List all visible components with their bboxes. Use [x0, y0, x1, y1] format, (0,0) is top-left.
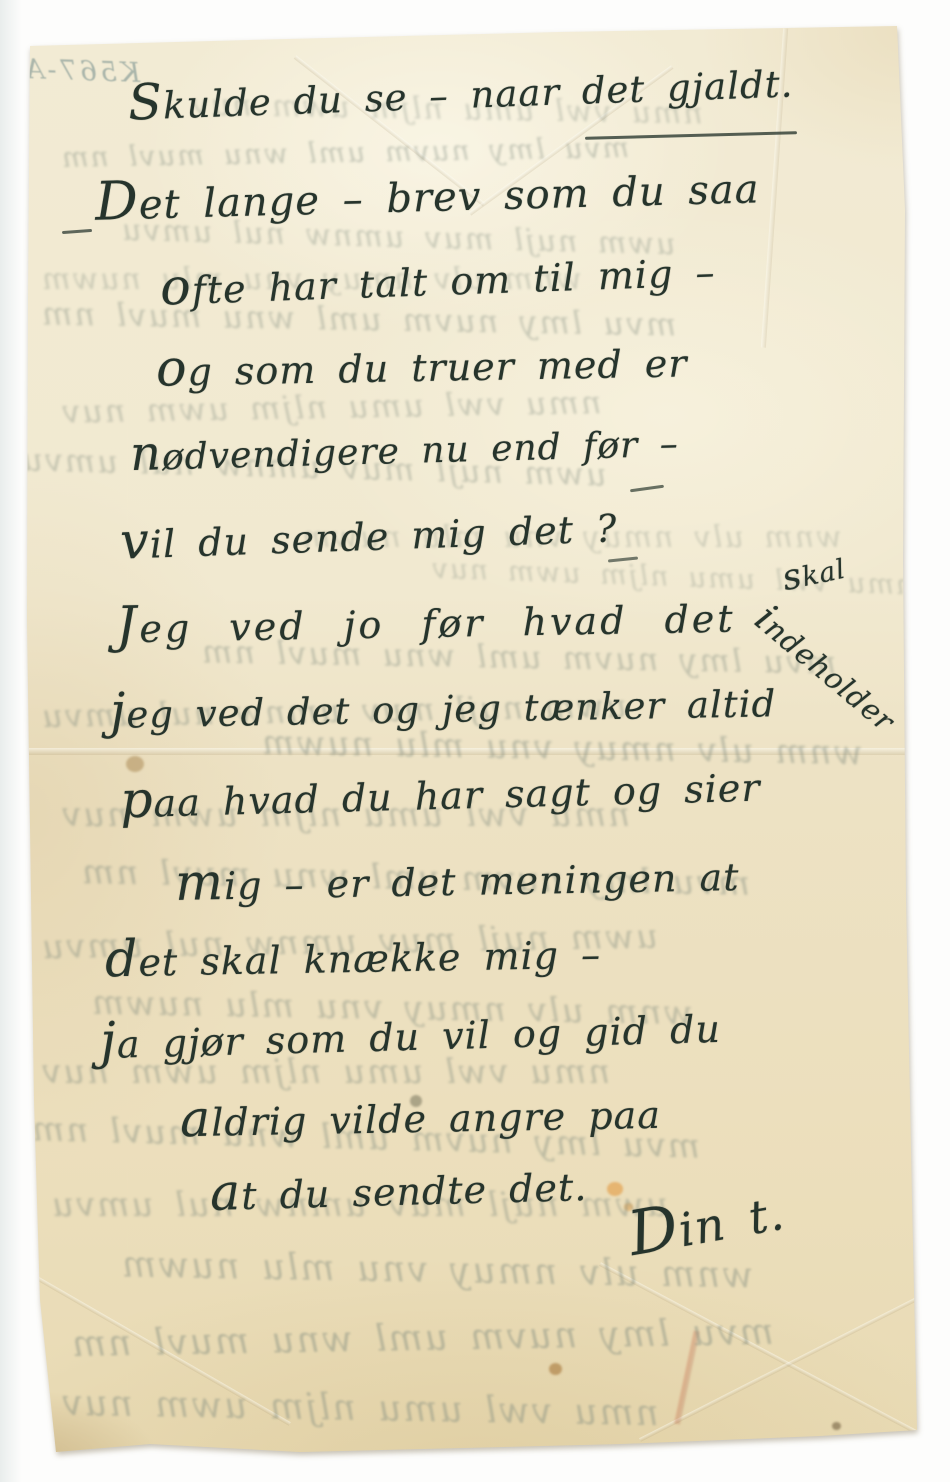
pen-dash-stroke [62, 229, 92, 234]
letter-paper: nmu vwl umu nljm uwm nuv mvu lmy nuvm um… [0, 0, 950, 1482]
ink-bleedthrough-line: nmu vwl umu nljm uwm nuv [60, 1383, 659, 1434]
ink-bleedthrough-line: mvu lmy nuvm uml wnu muvl nm [70, 1312, 774, 1365]
handwritten-line-14: at du sendte det. [209, 1153, 588, 1222]
handwritten-line-10: mig – er det meningen at [175, 843, 740, 912]
handwritten-line-9: paa hvad du har sagt og sier [119, 754, 761, 830]
handwritten-line-11: det skal knække mig – [105, 921, 602, 989]
pen-dash-stroke [630, 485, 664, 493]
handwritten-line-4: og som du truer med er [156, 329, 688, 397]
scanned-letter: nmu vwl umu nljm uwm nuv mvu lmy nuvm um… [0, 0, 950, 1482]
handwritten-line-8: jeg ved det og jeg tænker altid [110, 670, 777, 740]
fold-crease-bottom-cross [639, 1288, 935, 1441]
stain-brown [549, 1363, 562, 1375]
stain-bottom-edge [832, 1422, 841, 1430]
handwritten-line-13: aldrig vilde angre paa [180, 1081, 662, 1148]
handwritten-line-7: Jeg ved jo før hvad det [116, 585, 736, 655]
archival-mark: K567-A [21, 54, 140, 89]
